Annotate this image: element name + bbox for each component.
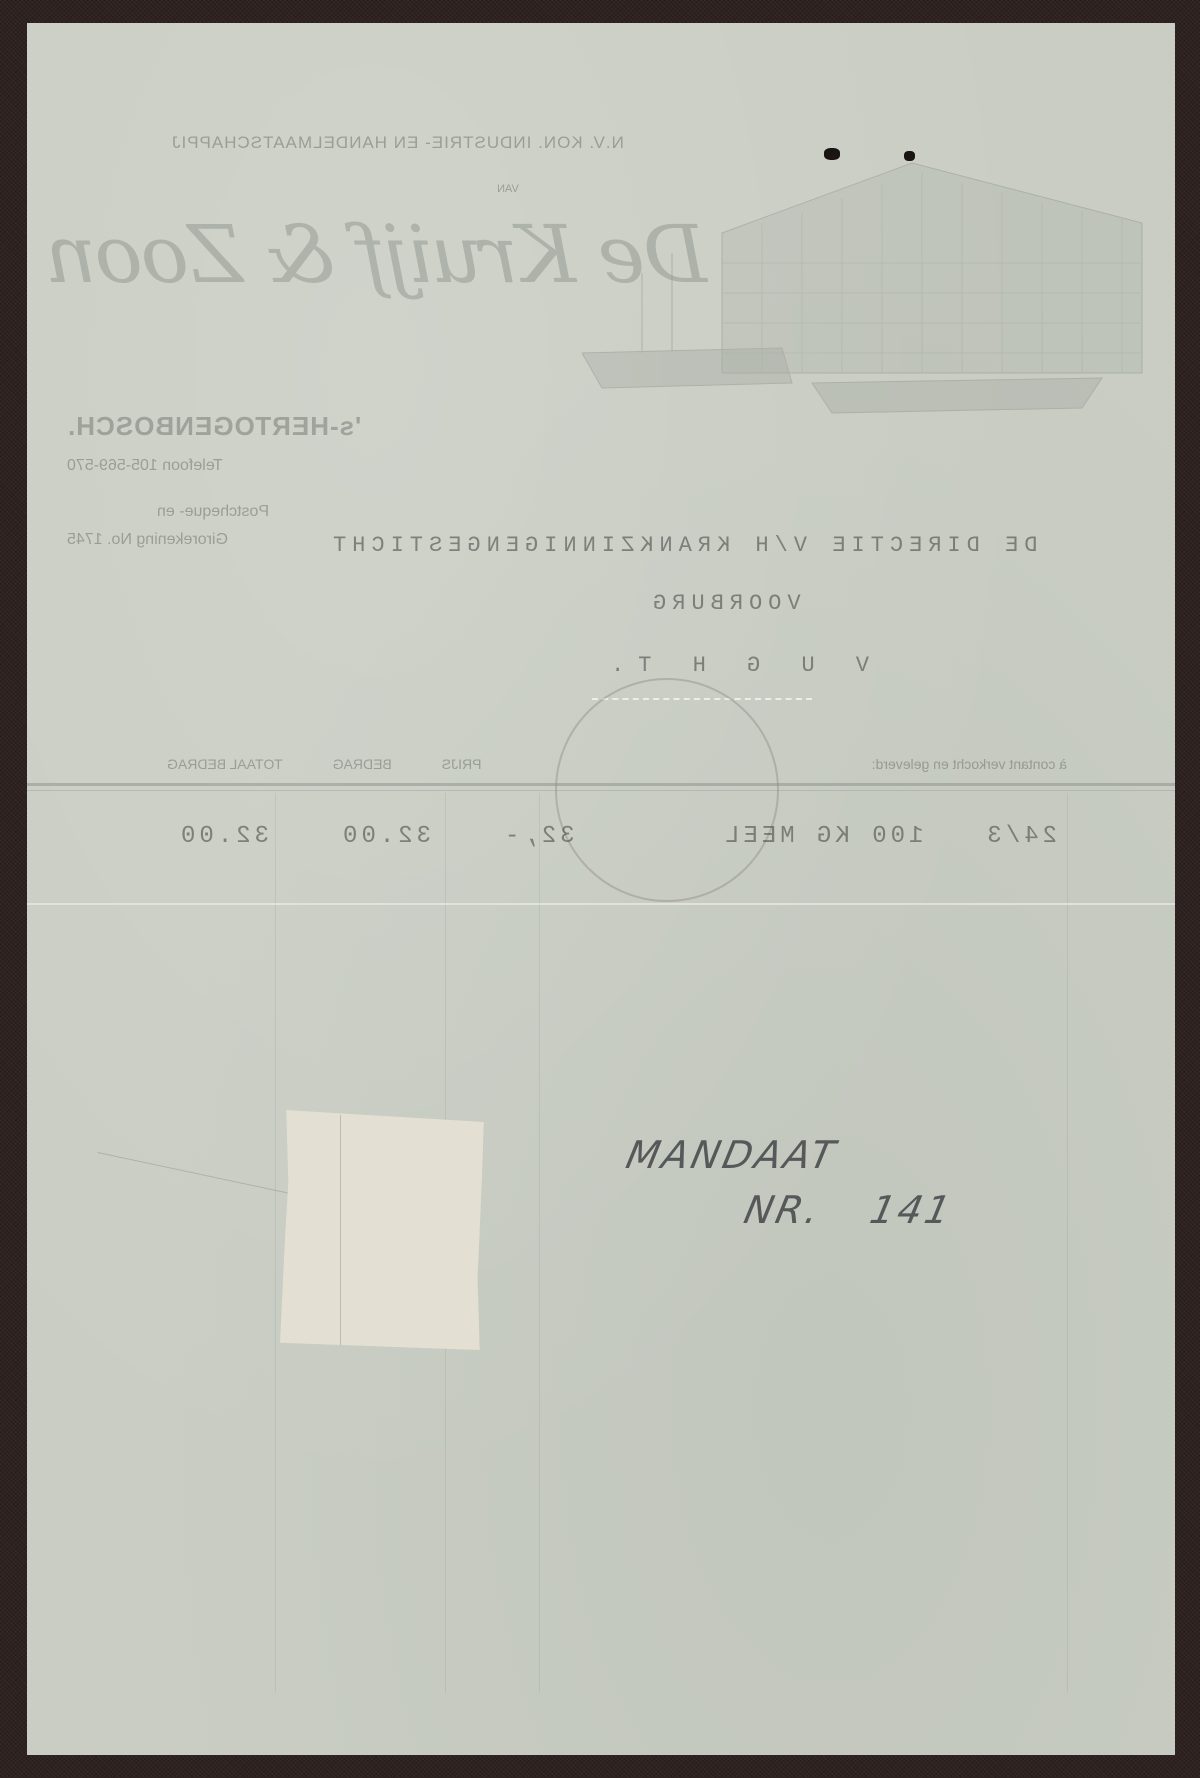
table-rule <box>27 783 1175 786</box>
recipient-line-2: VOORBURG <box>647 591 801 616</box>
revenue-stamp-back <box>280 1110 488 1350</box>
punch-hole <box>824 148 840 160</box>
table-row: 24/3 100 KG MEEL 32,- 32.00 32.00 <box>177 823 1057 850</box>
table-rule <box>27 790 1175 791</box>
recipient-line-1: DE DIRECTIE V/H KRANKZINNIGENGESTICHT <box>327 533 1037 558</box>
telephone-line: Telefoon 105-569-570 <box>67 457 223 475</box>
company-logo-script: De Kruijf & Zoon <box>47 208 547 358</box>
row-totaal: 32.00 <box>177 823 269 850</box>
row-date: 24/3 <box>983 823 1057 850</box>
recipient-line-3: V U G H T. <box>597 653 869 678</box>
row-description: 100 KG MEEL <box>721 823 923 850</box>
postcheque-line: Postcheque- en <box>157 503 269 521</box>
mandate-number: 141 <box>866 1188 957 1232</box>
fold-crease <box>27 903 1175 905</box>
nr-label: NR. <box>740 1188 825 1232</box>
column-divider <box>1067 793 1068 1693</box>
row-prijs: 32,- <box>501 823 575 850</box>
col-totaal: TOTAAL BEDRAG <box>167 756 283 772</box>
col-prijs: PRIJS <box>442 756 482 772</box>
col-bedrag: BEDRAG <box>333 756 392 772</box>
factory-illustration <box>582 133 1152 433</box>
document-paper: N.V. KON. INDUSTRIE- EN HANDELMAATSCHAPP… <box>27 23 1175 1755</box>
intro-text: à contant verkocht en geleverd: <box>872 756 1067 772</box>
table-header: à contant verkocht en geleverd: PRIJS BE… <box>167 756 1067 772</box>
van-label: VAN <box>497 183 519 195</box>
row-bedrag: 32.00 <box>339 823 431 850</box>
city-name: 's-HERTOGENBOSCH. <box>67 411 361 442</box>
pencil-scribble <box>81 1152 303 1275</box>
punch-hole <box>904 151 915 161</box>
handwritten-mandaat: MANDAAT <box>622 1133 841 1177</box>
perforated-edge <box>1169 23 1175 1755</box>
column-divider <box>539 793 540 1693</box>
handwritten-number: NR.141 <box>740 1188 957 1232</box>
company-line: N.V. KON. INDUSTRIE- EN HANDELMAATSCHAPP… <box>147 133 647 153</box>
giro-line: Girorekening No. 1745 <box>67 531 228 549</box>
